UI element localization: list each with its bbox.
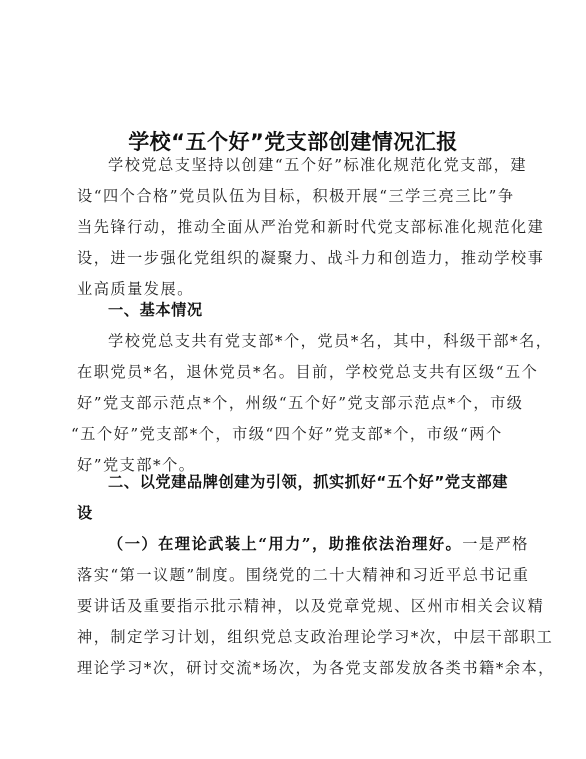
section1-line-2: 在职党员*名，退休党员*名。目前，学校党总支共有区级“五个 (77, 357, 509, 388)
document-page: 学校“五个好”党支部创建情况汇报 学校党总支坚持以创建“五个好”标准化规范化党支… (0, 0, 586, 759)
intro-line-1: 学校党总支坚持以创建“五个好”标准化规范化党支部，建 (77, 150, 509, 181)
intro-paragraph: 学校党总支坚持以创建“五个好”标准化规范化党支部，建 设“四个合格”党员队伍为目… (77, 150, 509, 305)
subsection1-line-1: （一）在理论武装上“用力”，助推依法治理好。一是严格 (77, 529, 509, 560)
section2-heading-line-1: 二、以党建品牌创建为引领，抓实抓好“五个好”党支部建 (77, 467, 509, 498)
subsection1-lead: （一）在理论武装上“用力”，助推依法治理好。 (108, 535, 462, 553)
section1-paragraph: 学校党总支共有党支部*个，党员*名，其中，科级干部*名， 在职党员*名，退休党员… (77, 326, 509, 481)
subsection1-lead-rest: 一是严格 (462, 535, 529, 553)
section1-line-4: “五个好”党支部*个，市级“四个好”党支部*个，市级“两个 (71, 419, 509, 450)
subsection1-line-4: 神，制定学习计划，组织党总支政治理论学习*次，中层干部职工 (77, 622, 509, 653)
section1-heading: 一、基本情况 (77, 295, 540, 326)
section1-line-3: 好”党支部示范点*个，州级“五个好”党支部示范点*个，市级 (77, 388, 509, 419)
intro-line-4: 设，进一步强化党组织的凝聚力、战斗力和创造力，推动学校事 (77, 243, 509, 274)
section2-heading: 二、以党建品牌创建为引领，抓实抓好“五个好”党支部建 设 (77, 467, 509, 529)
subsection1-paragraph: （一）在理论武装上“用力”，助推依法治理好。一是严格 落实“第一议题”制度。围绕… (77, 529, 509, 684)
subsection1-line-5: 理论学习*次，研讨交流*场次，为各党支部发放各类书籍*余本， (77, 653, 509, 684)
section2-heading-line-2: 设 (77, 498, 509, 529)
subsection1-line-3: 要讲话及重要指示批示精神，以及党章党规、区州市相关会议精 (77, 591, 509, 622)
intro-line-2: 设“四个合格”党员队伍为目标，积极开展“三学三亮三比”争 (77, 181, 509, 212)
intro-line-3: 当先锋行动，推动全面从严治党和新时代党支部标准化规范化建 (77, 212, 509, 243)
subsection1-line-2: 落实“第一议题”制度。围绕党的二十大精神和习近平总书记重 (77, 560, 509, 591)
section1-line-1: 学校党总支共有党支部*个，党员*名，其中，科级干部*名， (77, 326, 509, 357)
